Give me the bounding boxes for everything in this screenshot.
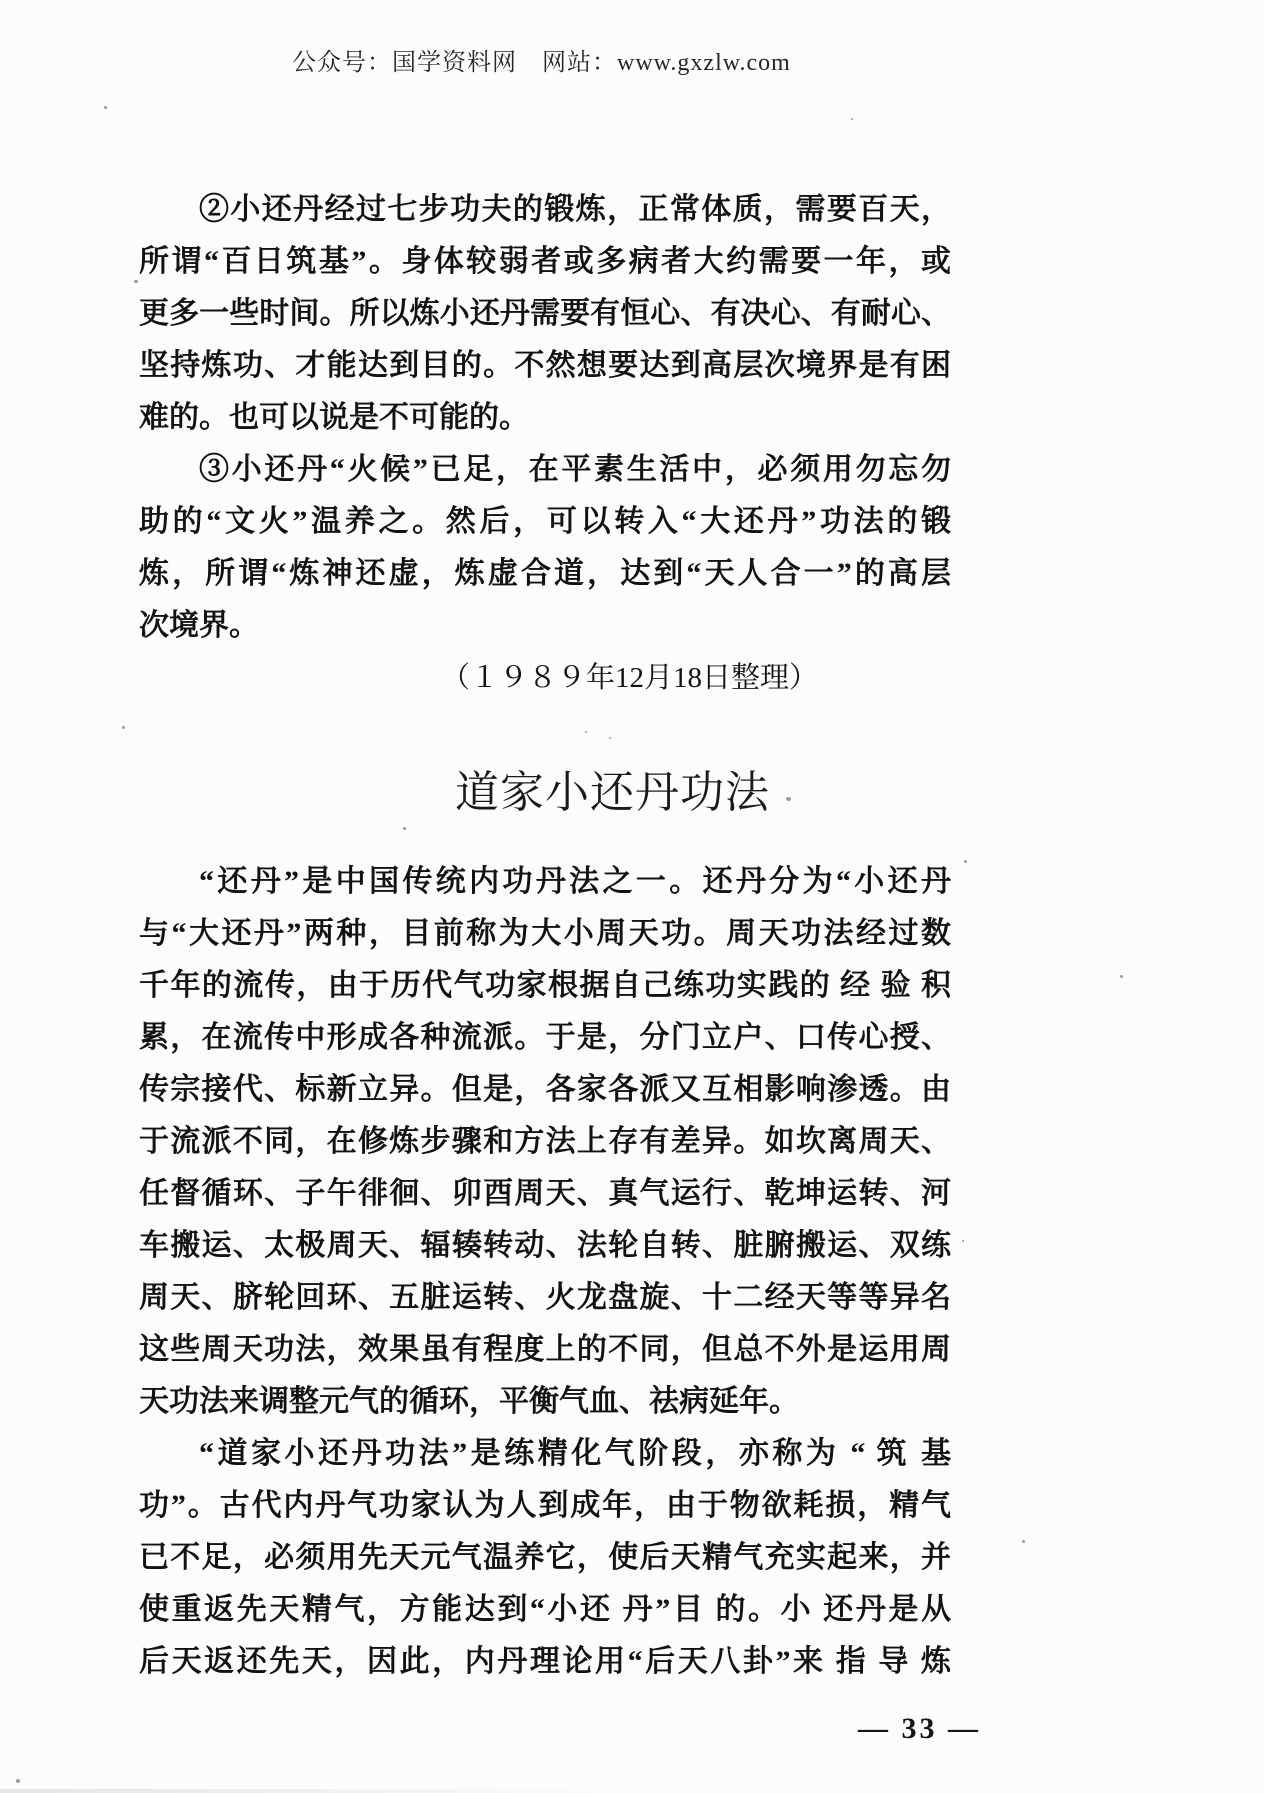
scan-speck xyxy=(786,797,791,801)
text-line: ③小还丹“火候”已足，在平素生活中，必须用勿忘勿 xyxy=(139,444,951,496)
text-line: 功”。古代内丹气功家认为人到成年，由于物欲耗损，精气 xyxy=(139,1480,951,1532)
text-line: “道家小还丹功法”是练精化气阶段，亦称为 “ 筑 基 xyxy=(139,1428,951,1480)
text-line: 助的“文火”温养之。然后，可以转入“大还丹”功法的锻 xyxy=(139,496,951,548)
text-line: 后天返还先天，因此，内丹理论用“后天八卦”来 指 导 炼 xyxy=(139,1636,951,1688)
text-line: 天功法来调整元气的循环，平衡气血、祛病延年。 xyxy=(139,1376,951,1428)
text-line: 难的。也可以说是不可能的。 xyxy=(139,392,951,444)
scan-speck xyxy=(964,860,967,863)
text-line: 传宗接代、标新立异。但是，各家各派又互相影响渗透。由 xyxy=(139,1064,951,1116)
text-line: 这些周天功法，效果虽有程度上的不同，但总不外是运用周 xyxy=(139,1324,951,1376)
scan-speck xyxy=(851,118,853,120)
scan-speck xyxy=(609,737,611,739)
text-line: 已不足，必须用先天元气温养它，使后天精气充实起来，并 xyxy=(139,1532,951,1584)
page-number: — 33 — xyxy=(858,1712,981,1746)
scan-speck xyxy=(16,1779,20,1783)
scan-speck xyxy=(122,726,125,729)
text-line: 坚持炼功、才能达到目的。不然想要达到高层次境界是有困 xyxy=(139,340,951,392)
scan-speck xyxy=(403,827,406,830)
upper-text-block: ②小还丹经过七步功夫的锻炼，正常体质，需要百天， 所谓“百日筑基”。身体较弱者或… xyxy=(139,184,963,704)
text-line: 使重返先天精气，方能达到“小还 丹”目 的。小 还丹是从 xyxy=(139,1584,951,1636)
scan-speck xyxy=(104,106,107,109)
text-line: 更多一些时间。所以炼小还丹需要有恒心、有决心、有耐心、 xyxy=(139,288,951,340)
date-note: （１９８９年12月18日整理） xyxy=(139,652,951,704)
text-line: 车搬运、太极周天、辐辏转动、法轮自转、脏腑搬运、双练 xyxy=(139,1220,951,1272)
text-line: 千年的流传，由于历代气功家根据自己练功实践的 经 验 积 xyxy=(139,960,951,1012)
text-line: 炼，所谓“炼神还虚，炼虚合道，达到“天人合一”的高层 xyxy=(139,548,951,600)
text-line: 累，在流传中形成各种流派。于是，分门立户、口传心授、 xyxy=(139,1012,951,1064)
text-line: 次境界。 xyxy=(139,600,951,652)
section-title: 道家小还丹功法 xyxy=(455,756,770,820)
text-line: 任督循环、子午徘徊、卯酉周天、真气运行、乾坤运转、河 xyxy=(139,1168,951,1220)
text-line: “还丹”是中国传统内功丹法之一。还丹分为“小还丹 xyxy=(139,856,951,908)
page-edge-smudge xyxy=(0,1789,640,1793)
scanned-page: 公众号：国学资料网 网站：www.gxzlw.com ②小还丹经过七步功夫的锻炼… xyxy=(0,0,1264,1793)
scan-speck xyxy=(1022,1540,1025,1543)
scan-speck xyxy=(1120,975,1123,978)
scan-speck xyxy=(585,731,587,733)
text-line: 周天、脐轮回环、五脏运转、火龙盘旋、十二经天等等异名 xyxy=(139,1272,951,1324)
text-line: ②小还丹经过七步功夫的锻炼，正常体质，需要百天， xyxy=(139,184,951,236)
scan-speck xyxy=(134,280,138,283)
text-line: 与“大还丹”两种，目前称为大小周天功。周天功法经过数 xyxy=(139,908,951,960)
text-line: 于流派不同，在修炼步骤和方法上存有差异。如坎离周天、 xyxy=(139,1116,951,1168)
watermark-header: 公众号：国学资料网 网站：www.gxzlw.com xyxy=(292,42,791,77)
lower-text-block: “还丹”是中国传统内功丹法之一。还丹分为“小还丹 与“大还丹”两种，目前称为大小… xyxy=(139,856,963,1688)
text-line: 所谓“百日筑基”。身体较弱者或多病者大约需要一年，或 xyxy=(139,236,951,288)
scan-speck xyxy=(962,1240,964,1242)
